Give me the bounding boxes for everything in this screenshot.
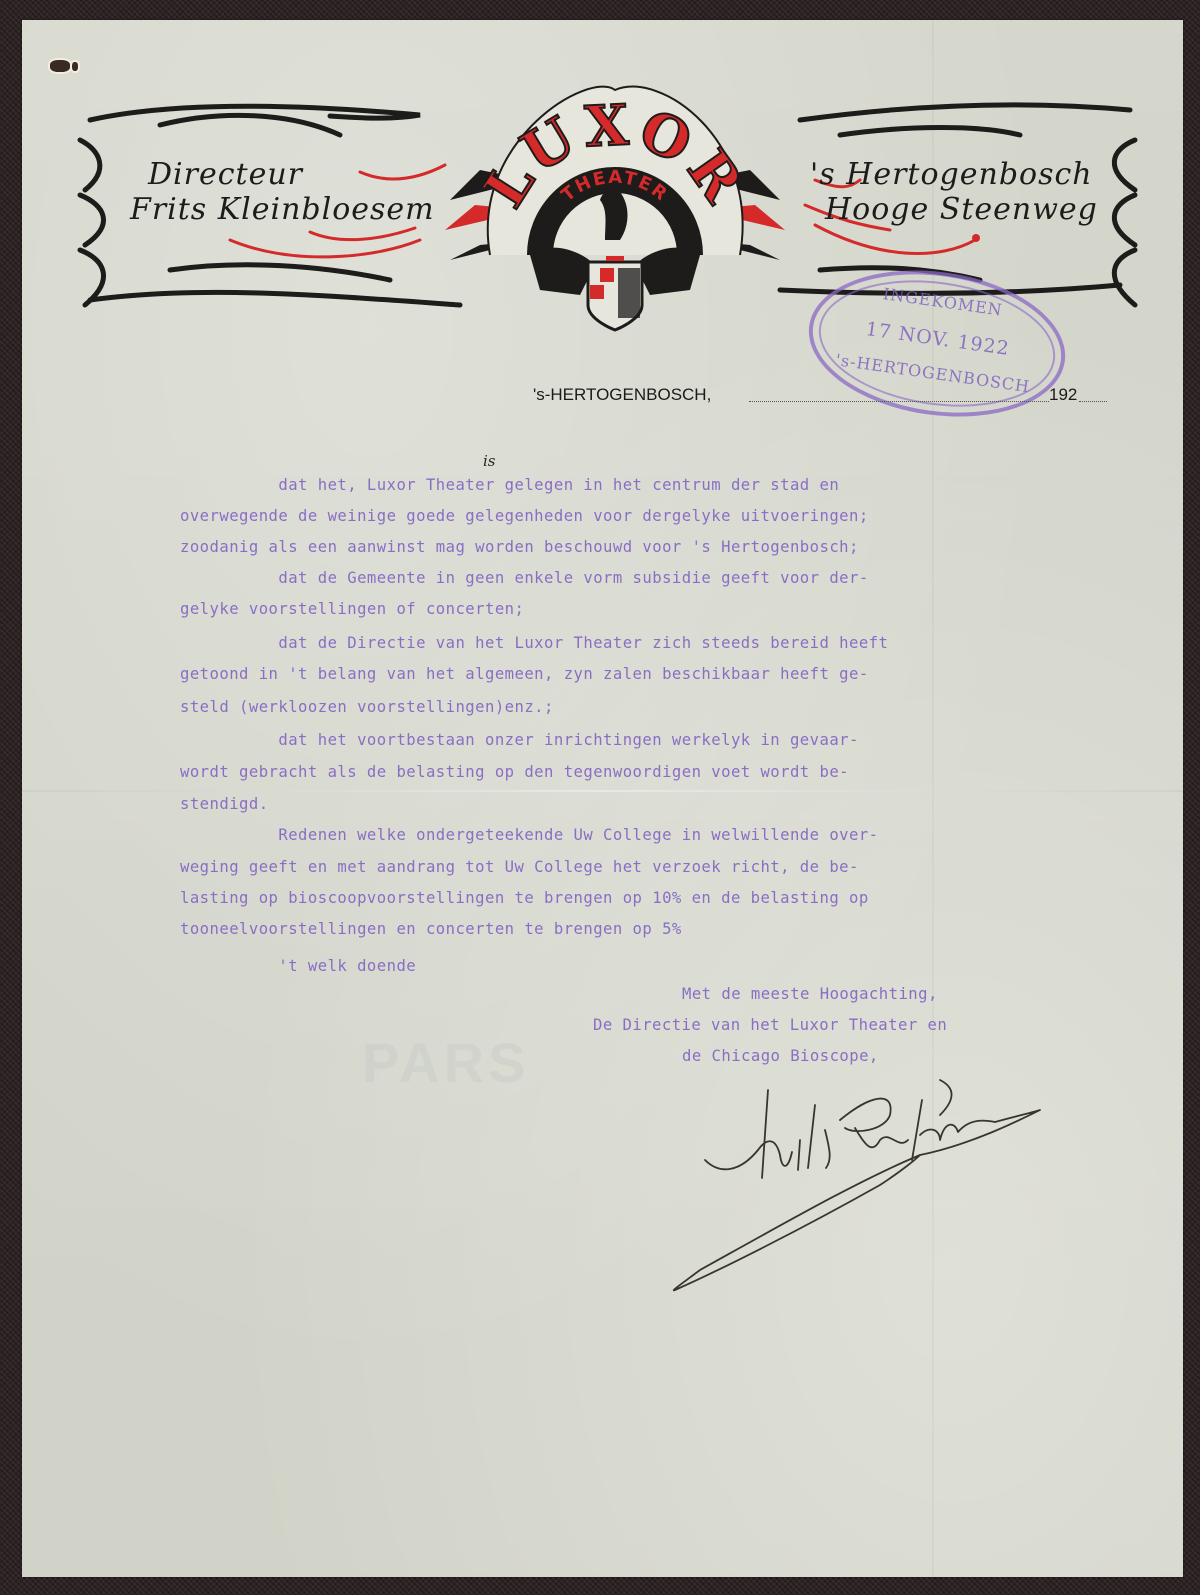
letterhead-director-label: Directeur — [148, 160, 303, 190]
punch-hole — [50, 60, 70, 72]
body-line: 't welk doende — [180, 957, 416, 975]
body-line: dat het, Luxor Theater gelegen in het ce… — [180, 476, 839, 494]
body-line: Redenen welke ondergeteekende Uw College… — [180, 826, 879, 844]
body-line: steld (werkloozen voorstellingen)enz.; — [180, 698, 554, 716]
body-line: stendigd. — [180, 795, 269, 813]
body-line: dat het voortbestaan onzer inrichtingen … — [180, 731, 859, 749]
letterhead-city: 's Hertogenbosch — [810, 160, 1093, 190]
dateline-date-blank — [749, 401, 1049, 402]
body-line: getoond in 't belang van het algemeen, z… — [180, 665, 869, 683]
dateline-year: 192 — [1049, 385, 1077, 405]
body-line: dat de Gemeente in geen enkele vorm subs… — [180, 569, 869, 587]
body-line: zoodanig als een aanwinst mag worden bes… — [180, 538, 859, 556]
dateline-year-blank — [1079, 401, 1107, 402]
handwritten-signature — [640, 1060, 1060, 1300]
closing-salutation: Met de meeste Hoogachting, — [682, 985, 938, 1003]
dateline: 's-HERTOGENBOSCH, 192 — [533, 385, 1103, 409]
closing-signatory-org: De Directie van het Luxor Theater en — [593, 1016, 947, 1034]
letterhead-street: Hooge Steenweg — [825, 195, 1098, 225]
dateline-city: 's-HERTOGENBOSCH, — [533, 385, 711, 405]
bleed-through-text: PARS — [362, 1030, 529, 1095]
body-line: dat de Directie van het Luxor Theater zi… — [180, 634, 888, 652]
punch-hole — [72, 62, 78, 71]
handwritten-insertion: is — [483, 452, 496, 470]
letter-body: dat het, Luxor Theater gelegen in het ce… — [0, 0, 20, 378]
body-line: tooneelvoorstellingen en concerten te br… — [180, 920, 682, 938]
body-line: gelyke voorstellingen of concerten; — [180, 600, 524, 618]
letterhead-director-name: Frits Kleinbloesem — [130, 195, 435, 225]
paper-fold-horizontal — [22, 790, 1183, 792]
body-line: overwegende de weinige goede gelegenhede… — [180, 507, 869, 525]
body-line: lasting op bioscoopvoorstellingen te bre… — [180, 889, 869, 907]
body-line: weging geeft en met aandrang tot Uw Coll… — [180, 858, 859, 876]
body-line: wordt gebracht als de belasting op den t… — [180, 763, 849, 781]
